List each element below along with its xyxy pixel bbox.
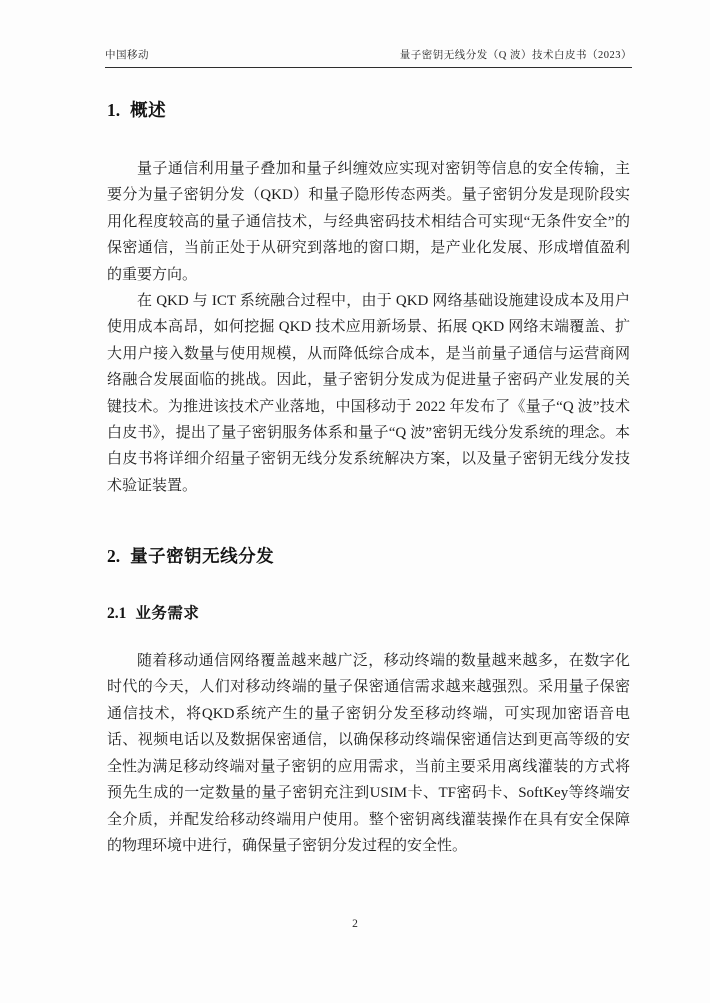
section-title: 概述	[130, 97, 166, 122]
subsection-heading-business-needs: 2.1 业务需求	[107, 601, 630, 623]
paragraph-quantum-intro: 量子通信利用量子叠加和量子纠缠效应实现对密钥等信息的安全传输，主要分为量子密钥分…	[107, 156, 630, 288]
header-doc-title: 量子密钥无线分发（Q 波）技术白皮书（2023）	[400, 47, 632, 62]
section-number: 1.	[107, 100, 120, 121]
subsection-number: 2.1	[107, 605, 126, 623]
section-heading-overview: 1. 概述	[107, 97, 630, 122]
section-title: 量子密钥无线分发	[130, 543, 274, 568]
document-page: 中国移动 量子密钥无线分发（Q 波）技术白皮书（2023） 1. 概述 量子通信…	[0, 0, 710, 1003]
page-header: 中国移动 量子密钥无线分发（Q 波）技术白皮书（2023）	[105, 47, 632, 68]
page-number: 2	[0, 918, 710, 930]
subsection-title: 业务需求	[135, 601, 199, 623]
paragraph-qkd-ict: 在 QKD 与 ICT 系统融合过程中，由于 QKD 网络基础设施建设成本及用户…	[107, 288, 630, 499]
section-heading-wireless-qkd: 2. 量子密钥无线分发	[107, 543, 630, 568]
paragraph-offline-filling: 为满足移动终端对量子密钥的应用需求，当前主要采用离线灌装的方式将预先生成的一定数…	[107, 754, 630, 860]
header-company: 中国移动	[105, 47, 149, 62]
section-number: 2.	[107, 546, 120, 567]
